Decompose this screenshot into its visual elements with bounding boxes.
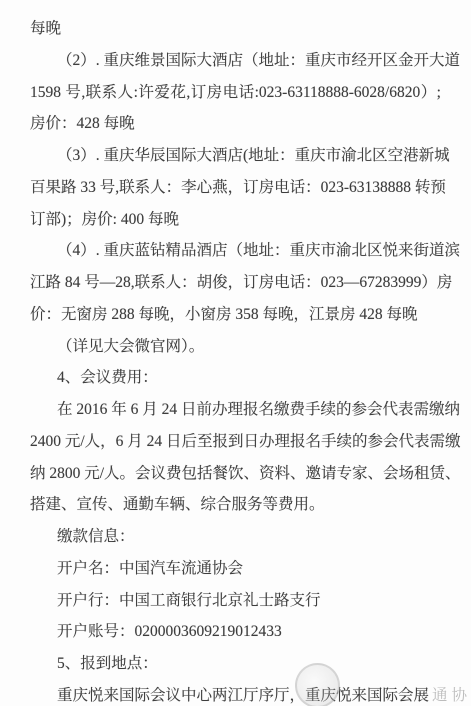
text-line-content: 重庆悦来国际会议中心两江厅序厅，重庆悦来国际会展 [57, 687, 429, 704]
text-line: （4）. 重庆蓝钻精品酒店（地址：重庆市渝北区悦来街道滨 [30, 235, 441, 267]
text-line-content: 开户行：中国工商银行北京礼士路支行 [57, 592, 321, 609]
text-line-content: 在 2016 年 6 月 24 日前办理报名缴费手续的参会代表需缴纳 [57, 401, 460, 418]
text-line-content: （3）. 重庆华辰国际大酒店(地址：重庆市渝北区空港新城 [57, 147, 450, 164]
text-line-content: （4）. 重庆蓝钻精品酒店（地址：重庆市渝北区悦来街道滨 [57, 242, 460, 259]
text-line: 5、报到地点： [30, 648, 441, 680]
text-line-content: 订部)；房价: 400 每晚 [30, 211, 179, 228]
text-line: （2）. 重庆维景国际大酒店（地址：重庆市经开区金开大道 [30, 45, 441, 77]
document-body: 每晚（2）. 重庆维景国际大酒店（地址：重庆市经开区金开大道1598 号,联系人… [30, 13, 441, 706]
text-line-content: 开户名：中国汽车流通协会 [57, 560, 243, 577]
text-line-content: 价：无窗房 288 每晚，小窗房 358 每晚，江景房 428 每晚 [30, 306, 418, 323]
text-line-content: 缴款信息： [57, 528, 135, 545]
text-line: 缴款信息： [30, 521, 441, 553]
text-line: 在 2016 年 6 月 24 日前办理报名缴费手续的参会代表需缴纳 [30, 394, 441, 426]
text-line-content: 开户账号：0200003609219012433 [57, 623, 282, 640]
text-line: 订部)；房价: 400 每晚 [30, 204, 441, 236]
text-line-content: 搭建、宣传、通勤车辆、综合服务等费用。 [30, 496, 325, 513]
text-line-content: 1598 号,联系人:许爱花,订房电话:023-63118888-6028/68… [30, 84, 441, 101]
document-page: 每晚（2）. 重庆维景国际大酒店（地址：重庆市经开区金开大道1598 号,联系人… [0, 0, 471, 706]
text-line: 1598 号,联系人:许爱花,订房电话:023-63118888-6028/68… [30, 77, 441, 109]
text-line: （3）. 重庆华辰国际大酒店(地址：重庆市渝北区空港新城 [30, 140, 441, 172]
text-line: 价：无窗房 288 每晚，小窗房 358 每晚，江景房 428 每晚 [30, 299, 441, 331]
text-line: 百果路 33 号,联系人：李心燕，订房电话：023-63138888 转预 [30, 172, 441, 204]
text-line: 纳 2800 元/人。会议费包括餐饮、资料、邀请专家、会场租赁、 [30, 458, 441, 490]
text-line: 开户名：中国汽车流通协会 [30, 553, 441, 585]
text-line-content: 每晚 [30, 20, 61, 37]
text-line: 江路 84 号—28,联系人：胡俊，订房电话：023—67283999）房 [30, 267, 441, 299]
text-line: 开户账号：0200003609219012433 [30, 616, 441, 648]
text-line: 房价：428 每晚 [30, 108, 441, 140]
text-line: （详见大会微官网）。 [30, 331, 441, 363]
text-line: 2400 元/人，6 月 24 日后至报到日办理报名手续的参会代表需缴 [30, 426, 441, 458]
text-line-content: 房价：428 每晚 [30, 115, 135, 132]
text-line-content: 江路 84 号—28,联系人：胡俊，订房电话：023—67283999）房 [30, 274, 452, 291]
text-line-content: （2）. 重庆维景国际大酒店（地址：重庆市经开区金开大道 [57, 52, 460, 69]
text-line: 每晚 [30, 13, 441, 45]
text-line: 重庆悦来国际会议中心两江厅序厅，重庆悦来国际会展通协会 [30, 680, 441, 706]
text-line-content: （详见大会微官网）。 [57, 338, 204, 355]
text-line-content: 百果路 33 号,联系人：李心燕，订房电话：023-63138888 转预 [30, 179, 446, 196]
text-line: 4、会议费用： [30, 362, 441, 394]
text-line-content: 纳 2800 元/人。会议费包括餐饮、资料、邀请专家、会场租赁、 [30, 465, 461, 482]
text-line-content: 2400 元/人，6 月 24 日后至报到日办理报名手续的参会代表需缴 [30, 433, 461, 450]
text-line-content: 4、会议费用： [57, 369, 158, 386]
text-line: 搭建、宣传、通勤车辆、综合服务等费用。 [30, 489, 441, 521]
watermark-tail-text: 通协会 [429, 687, 471, 704]
text-line-content: 5、报到地点： [57, 655, 158, 672]
text-line: 开户行：中国工商银行北京礼士路支行 [30, 585, 441, 617]
